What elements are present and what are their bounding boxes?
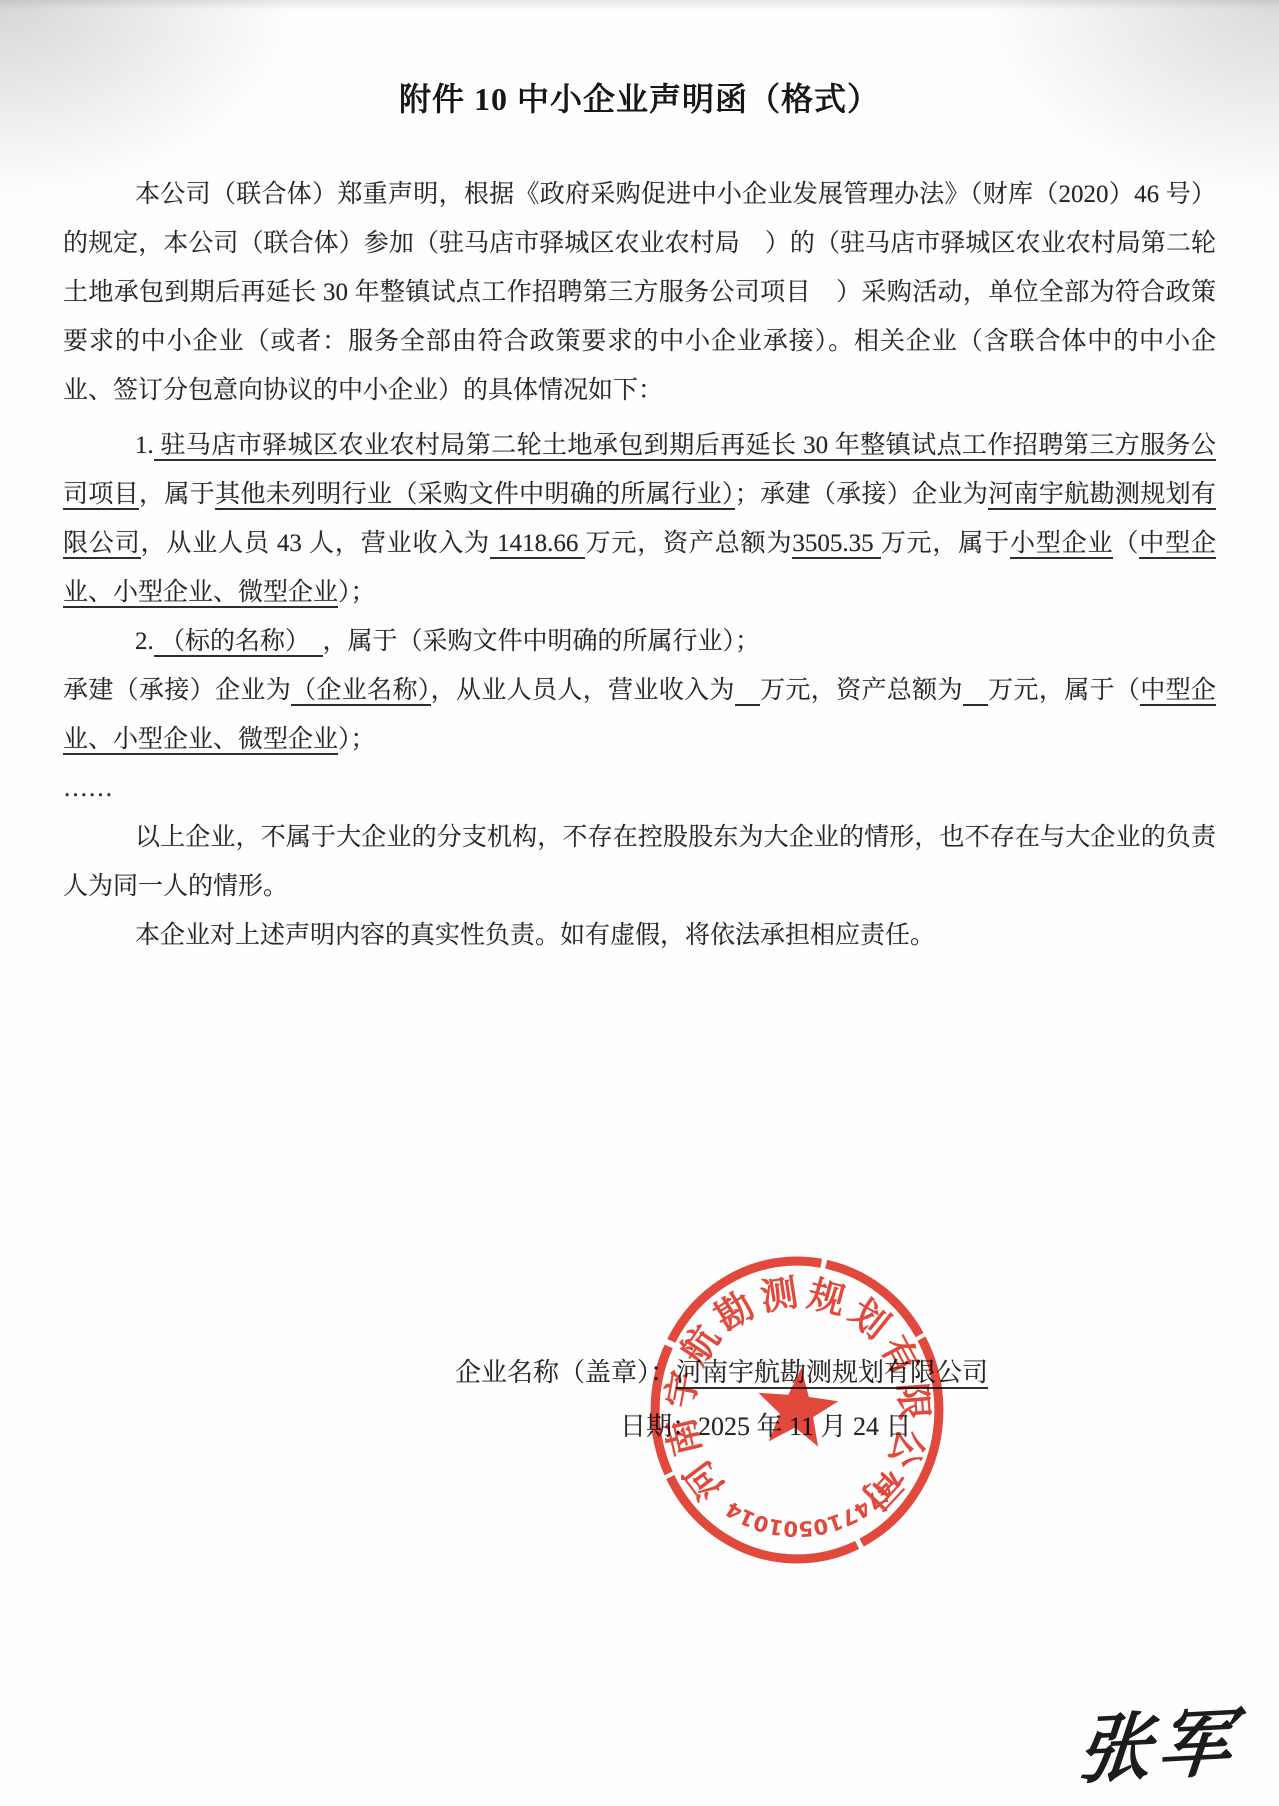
enterprise-size-field: 小型企业: [1010, 530, 1113, 559]
intro-paragraph: 本公司（联合体）郑重声明，根据《政府采购促进中小企业发展管理办法》（财库（202…: [63, 170, 1216, 415]
industry-field: 其他未列明行业（采购文件中明确的所属行业）: [215, 481, 735, 510]
item2-continuation-paragraph: 承建（承接）企业为（企业名称），从业人员人，营业收入为 万元，资产总额为 万元，…: [63, 666, 1216, 764]
svg-text:测: 测: [758, 1272, 801, 1319]
scan-shadow-top-edge: [0, 0, 1279, 10]
no-affiliation-paragraph: 以上企业，不属于大企业的分支机构，不存在控股股东为大企业的情形，也不存在与大企业…: [63, 813, 1216, 911]
company-seal-stamp: 河南宇航勘测规划有限公司 4101050174747: [645, 1252, 949, 1570]
document-title: 附件 10 中小企业声明函（格式）: [0, 74, 1279, 120]
seal-star-icon: [758, 1368, 838, 1447]
item2-paragraph: 2. （标的名称） ，属于（采购文件中明确的所属行业）；: [63, 617, 1216, 666]
item1-paragraph: 1. 驻马店市驿城区农业农村局第二轮土地承包到期后再延长 30 年整镇试点工作招…: [63, 421, 1216, 617]
assets-blank-field: [963, 677, 988, 706]
svg-text:5: 5: [798, 1516, 815, 1542]
item1-number: 1.: [135, 432, 154, 459]
seal-graphic: 河南宇航勘测规划有限公司 4101050174747: [645, 1252, 949, 1570]
item2-number: 2.: [135, 628, 154, 655]
intro-text: 本公司（联合体）郑重声明，根据《政府采购促进中小企业发展管理办法》（财库（202…: [63, 181, 1216, 404]
revenue-field: 1418.66: [490, 530, 585, 559]
svg-text:公: 公: [880, 1424, 931, 1473]
company-seal-label: 企业名称（盖章）：: [455, 1358, 676, 1387]
ellipsis-paragraph: ……: [63, 764, 1216, 813]
svg-text:有: 有: [872, 1330, 927, 1383]
svg-text:宇: 宇: [659, 1367, 707, 1411]
svg-text:南: 南: [660, 1414, 709, 1460]
responsibility-paragraph: 本企业对上述声明内容的真实性负责。如有虚假，将依法承担相应责任。: [63, 911, 1216, 960]
svg-text:规: 规: [803, 1273, 850, 1323]
subject-name-field: （标的名称）: [154, 628, 323, 657]
assets-field: 3505.35: [792, 530, 880, 559]
svg-text:0: 0: [783, 1516, 799, 1542]
svg-text:限: 限: [890, 1381, 935, 1421]
enterprise-name-field: （企业名称）: [291, 677, 431, 706]
revenue-blank-field: [735, 677, 760, 706]
document-page: 附件 10 中小企业声明函（格式） 本公司（联合体）郑重声明，根据《政府采购促进…: [0, 0, 1279, 1806]
handwritten-signature: 张军: [1073, 1683, 1242, 1798]
document-body: 本公司（联合体）郑重声明，根据《政府采购促进中小企业发展管理办法》（财库（202…: [63, 170, 1216, 960]
